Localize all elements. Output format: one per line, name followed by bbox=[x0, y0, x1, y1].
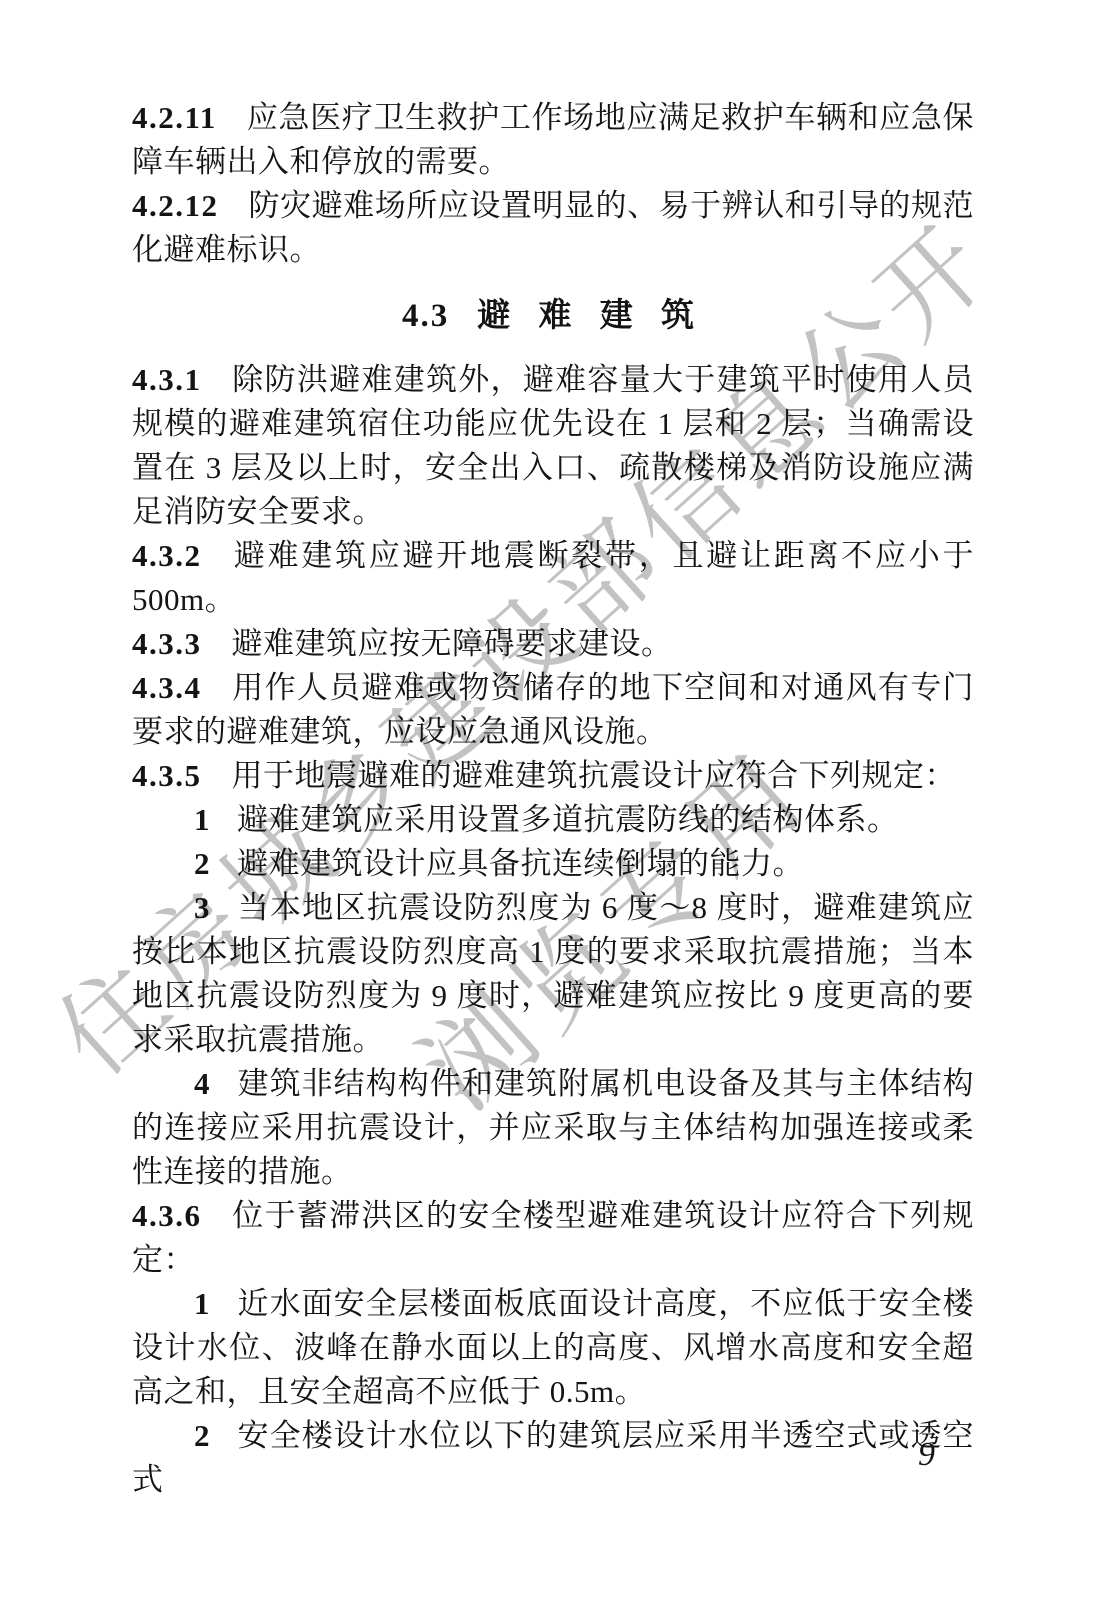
clause-4-3-5-item-1: 1避难建筑应采用设置多道抗震防线的结构体系。 bbox=[132, 798, 974, 842]
clause-4-3-5-item-2: 2避难建筑设计应具备抗连续倒塌的能力。 bbox=[132, 842, 974, 886]
clause-number: 4.3.2 bbox=[132, 538, 202, 573]
clause-4-3-5: 4.3.5用于地震避难的避难建筑抗震设计应符合下列规定： bbox=[132, 754, 974, 798]
clause-text: 避难建筑应按无障碍要求建设。 bbox=[232, 626, 673, 661]
item-number: 3 bbox=[194, 890, 211, 925]
item-text: 避难建筑设计应具备抗连续倒塌的能力。 bbox=[237, 846, 804, 881]
clause-text: 用于地震避难的避难建筑抗震设计应符合下列规定： bbox=[232, 758, 957, 793]
page-content: 4.2.11应急医疗卫生救护工作场地应满足救护车辆和应急保障车辆出入和停放的需要… bbox=[132, 96, 974, 1502]
clause-4-3-6-item-1: 1近水面安全层楼面板底面设计高度，不应低于安全楼设计水位、波峰在静水面以上的高度… bbox=[132, 1282, 974, 1414]
section-title: 避 难 建 筑 bbox=[477, 298, 704, 334]
section-heading: 4.3避 难 建 筑 bbox=[132, 294, 974, 338]
clause-4-3-1: 4.3.1除防洪避难建筑外，避难容量大于建筑平时使用人员规模的避难建筑宿住功能应… bbox=[132, 358, 974, 534]
item-number: 4 bbox=[194, 1066, 211, 1101]
clause-4-3-5-item-3: 3当本地区抗震设防烈度为 6 度～8 度时，避难建筑应按比本地区抗震设防烈度高 … bbox=[132, 886, 974, 1062]
clause-number: 4.3.4 bbox=[132, 670, 202, 705]
item-number: 2 bbox=[194, 1418, 211, 1453]
page-number: 9 bbox=[918, 1436, 935, 1474]
clause-text: 除防洪避难建筑外，避难容量大于建筑平时使用人员规模的避难建筑宿住功能应优先设在 … bbox=[132, 362, 974, 529]
clause-number: 4.3.5 bbox=[132, 758, 202, 793]
clause-text: 避难建筑应避开地震断裂带，且避让距离不应小于 500m。 bbox=[132, 538, 974, 617]
section-number: 4.3 bbox=[402, 298, 449, 334]
clause-number: 4.3.3 bbox=[132, 626, 202, 661]
item-text: 安全楼设计水位以下的建筑层应采用半透空式或透空式 bbox=[132, 1418, 974, 1497]
item-text: 近水面安全层楼面板底面设计高度，不应低于安全楼设计水位、波峰在静水面以上的高度、… bbox=[132, 1286, 974, 1409]
clause-4-3-5-item-4: 4建筑非结构构件和建筑附属机电设备及其与主体结构的连接应采用抗震设计，并应采取与… bbox=[132, 1062, 974, 1194]
item-number: 1 bbox=[194, 1286, 211, 1321]
clause-number: 4.3.6 bbox=[132, 1198, 202, 1233]
item-text: 避难建筑应采用设置多道抗震防线的结构体系。 bbox=[237, 802, 899, 837]
clause-4-2-12: 4.2.12防灾避难场所应设置明显的、易于辨认和引导的规范化避难标识。 bbox=[132, 184, 974, 272]
clause-text: 防灾避难场所应设置明显的、易于辨认和引导的规范化避难标识。 bbox=[132, 188, 974, 267]
clause-text: 用作人员避难或物资储存的地下空间和对通风有专门要求的避难建筑，应设应急通风设施。 bbox=[132, 670, 974, 749]
item-number: 1 bbox=[194, 802, 211, 837]
item-number: 2 bbox=[194, 846, 211, 881]
clause-4-3-6: 4.3.6位于蓄滞洪区的安全楼型避难建筑设计应符合下列规定： bbox=[132, 1194, 974, 1282]
clause-text: 位于蓄滞洪区的安全楼型避难建筑设计应符合下列规定： bbox=[132, 1198, 974, 1277]
item-text: 建筑非结构构件和建筑附属机电设备及其与主体结构的连接应采用抗震设计，并应采取与主… bbox=[132, 1066, 974, 1189]
clause-4-3-4: 4.3.4用作人员避难或物资储存的地下空间和对通风有专门要求的避难建筑，应设应急… bbox=[132, 666, 974, 754]
clause-text: 应急医疗卫生救护工作场地应满足救护车辆和应急保障车辆出入和停放的需要。 bbox=[132, 100, 974, 179]
clause-4-3-3: 4.3.3避难建筑应按无障碍要求建设。 bbox=[132, 622, 974, 666]
document-page: 住房城乡建设部信息公开 浏览专用 4.2.11应急医疗卫生救护工作场地应满足救护… bbox=[0, 0, 1103, 1598]
clause-4-3-2: 4.3.2避难建筑应避开地震断裂带，且避让距离不应小于 500m。 bbox=[132, 534, 974, 622]
clause-number: 4.2.12 bbox=[132, 188, 219, 223]
clause-4-3-6-item-2: 2安全楼设计水位以下的建筑层应采用半透空式或透空式 bbox=[132, 1414, 974, 1502]
clause-number: 4.3.1 bbox=[132, 362, 202, 397]
clause-4-2-11: 4.2.11应急医疗卫生救护工作场地应满足救护车辆和应急保障车辆出入和停放的需要… bbox=[132, 96, 974, 184]
item-text: 当本地区抗震设防烈度为 6 度～8 度时，避难建筑应按比本地区抗震设防烈度高 1… bbox=[132, 890, 974, 1057]
clause-number: 4.2.11 bbox=[132, 100, 217, 135]
